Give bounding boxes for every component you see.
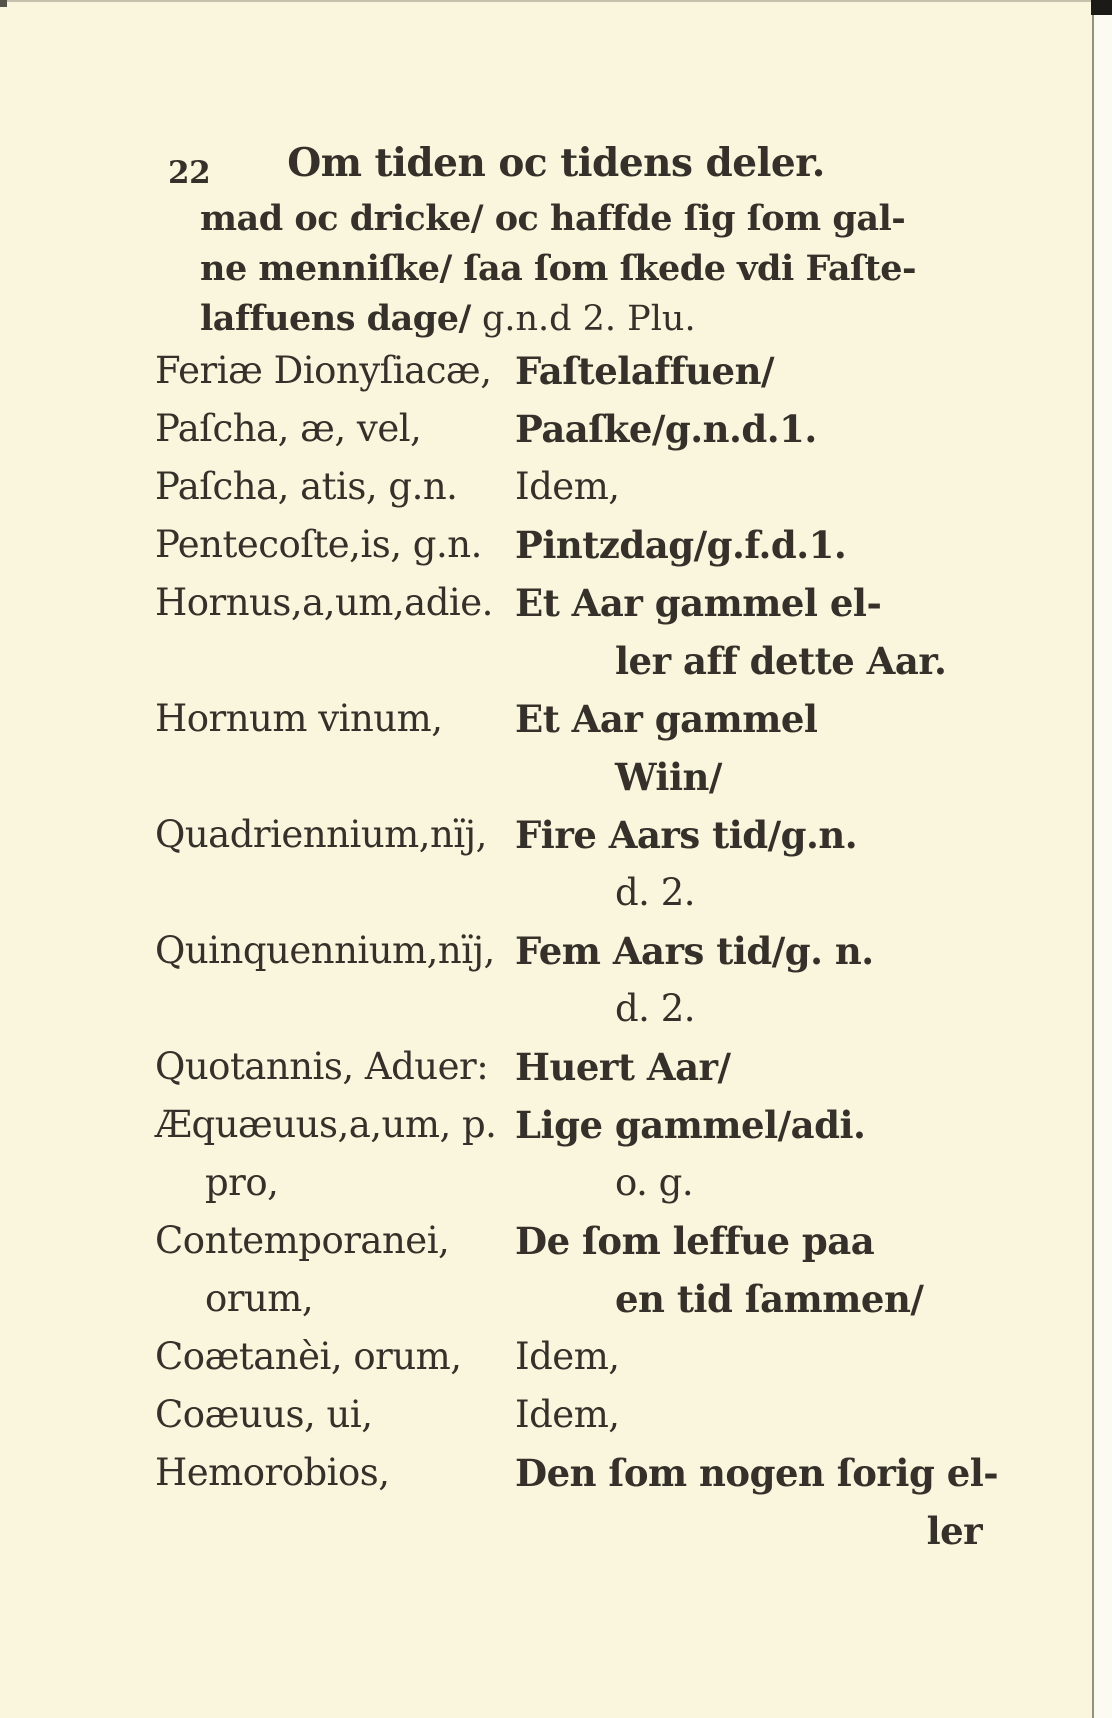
intro-line-roman-part: g.n.d 2. Plu. (471, 299, 696, 339)
dictionary-entry: Hornus,a,um,adie.Et Aar gammel el-ler af… (155, 574, 975, 690)
latin-term-line: Paſcha, æ, vel, (155, 400, 515, 458)
latin-term-line: Hemorobios, (155, 1444, 515, 1502)
danish-translation-line: De ſom leffue paa (515, 1212, 975, 1270)
intro-line-fraktur-part: laffuens dage/ (200, 298, 471, 339)
dictionary-entries: Feriæ Dionyſiacæ,Faſtelaffuen/Paſcha, æ,… (155, 342, 975, 1560)
danish-translation: Pintzdag/g.f.d.1. (515, 516, 975, 574)
latin-term-line: Quotannis, Aduer: (155, 1038, 515, 1096)
dictionary-entry: Quotannis, Aduer:Huert Aar/ (155, 1038, 975, 1096)
latin-term: Quotannis, Aduer: (155, 1038, 515, 1096)
dictionary-entry: Hemorobios,Den ſom nogen ſorig el-ler (155, 1444, 975, 1560)
dictionary-entry: Paſcha, æ, vel,Paaſke/g.n.d.1. (155, 400, 975, 458)
dictionary-entry: Coætanèi, orum,Idem, (155, 1328, 975, 1386)
dictionary-entry: Hornum vinum,Et Aar gammelWiin/ (155, 690, 975, 806)
danish-translation-line: Pintzdag/g.f.d.1. (515, 516, 975, 574)
latin-term: Hornum vinum, (155, 690, 515, 748)
danish-translation: Faſtelaffuen/ (515, 342, 975, 400)
danish-translation-line: ler aff dette Aar. (515, 632, 975, 690)
danish-translation-line: Fem Aars tid/g. n. (515, 922, 975, 980)
page-right-edge (1092, 0, 1112, 1718)
intro-line: laffuens dage/ g.n.d 2. Plu. (200, 294, 1000, 344)
danish-translation-line: Et Aar gammel el- (515, 574, 975, 632)
latin-term: Contemporanei,orum, (155, 1212, 515, 1328)
danish-translation: Et Aar gammel el-ler aff dette Aar. (515, 574, 975, 690)
danish-translation-line: Idem, (515, 1386, 975, 1444)
dictionary-entry: Quinquennium,nïj,Fem Aars tid/g. n.d. 2. (155, 922, 975, 1038)
danish-translation-line: o. g. (515, 1154, 975, 1212)
intro-paragraph: mad oc dricke/ oc haffde ſig ſom gal- ne… (200, 194, 1000, 344)
danish-translation: Paaſke/g.n.d.1. (515, 400, 975, 458)
dictionary-entry: Contemporanei,orum,De ſom leffue paaen t… (155, 1212, 975, 1328)
latin-term-line: Coæuus, ui, (155, 1386, 515, 1444)
scan-top-edge-artifact (0, 0, 1112, 2)
danish-translation: Fire Aars tid/g.n.d. 2. (515, 806, 975, 922)
intro-line: mad oc dricke/ oc haffde ſig ſom gal- (200, 194, 1000, 244)
danish-translation: Idem, (515, 1328, 975, 1386)
intro-line: ne menniſke/ ſaa ſom ſkede vdi Faſte- (200, 244, 1000, 294)
danish-translation-line: Faſtelaffuen/ (515, 342, 975, 400)
danish-translation: De ſom leffue paaen tid ſammen/ (515, 1212, 975, 1328)
latin-term: Coætanèi, orum, (155, 1328, 515, 1386)
danish-translation: Fem Aars tid/g. n.d. 2. (515, 922, 975, 1038)
danish-translation-line: d. 2. (515, 864, 975, 922)
latin-term: Feriæ Dionyſiacæ, (155, 342, 515, 400)
running-header: Om tiden oc tidens deler. (0, 138, 1112, 188)
latin-term: Quinquennium,nïj, (155, 922, 515, 980)
danish-translation-line: Idem, (515, 458, 975, 516)
danish-translation: Lige gammel/adi.o. g. (515, 1096, 975, 1212)
danish-translation: Idem, (515, 1386, 975, 1444)
danish-translation-line: Wiin/ (515, 748, 975, 806)
latin-term-line: Hornus,a,um,adie. (155, 574, 515, 632)
latin-term-line: Contemporanei, (155, 1212, 515, 1270)
latin-term-line: Æquæuus,a,um, p. (155, 1096, 515, 1154)
dictionary-entry: Æquæuus,a,um, p.pro,Lige gammel/adi.o. g… (155, 1096, 975, 1212)
latin-term-line: Quinquennium,nïj, (155, 922, 515, 980)
latin-term-line: Coætanèi, orum, (155, 1328, 515, 1386)
latin-term-line: Paſcha, atis, g.n. (155, 458, 515, 516)
latin-term: Æquæuus,a,um, p.pro, (155, 1096, 515, 1212)
dictionary-entry: Feriæ Dionyſiacæ,Faſtelaffuen/ (155, 342, 975, 400)
scan-corner-mark (1091, 0, 1112, 15)
latin-term-line: Feriæ Dionyſiacæ, (155, 342, 515, 400)
latin-term: Quadriennium,nïj, (155, 806, 515, 864)
danish-translation-line: Lige gammel/adi. (515, 1096, 975, 1154)
danish-translation-line: Paaſke/g.n.d.1. (515, 400, 975, 458)
dictionary-entry: Quadriennium,nïj,Fire Aars tid/g.n.d. 2. (155, 806, 975, 922)
scan-top-left-mark (0, 0, 7, 7)
danish-translation: Et Aar gammelWiin/ (515, 690, 975, 806)
latin-term-line: Pentecoſte,is, g.n. (155, 516, 515, 574)
latin-term-line: orum, (155, 1270, 515, 1328)
danish-translation: Den ſom nogen ſorig el-ler (515, 1444, 998, 1560)
latin-term-line: Quadriennium,nïj, (155, 806, 515, 864)
danish-translation-line: Den ſom nogen ſorig el- (515, 1444, 998, 1502)
danish-translation: Huert Aar/ (515, 1038, 975, 1096)
scanned-book-page: 22 Om tiden oc tidens deler. mad oc dric… (0, 0, 1112, 1718)
latin-term: Hornus,a,um,adie. (155, 574, 515, 632)
danish-translation-line: Fire Aars tid/g.n. (515, 806, 975, 864)
latin-term-line: pro, (155, 1154, 515, 1212)
danish-translation-line: Idem, (515, 1328, 975, 1386)
dictionary-entry: Pentecoſte,is, g.n.Pintzdag/g.f.d.1. (155, 516, 975, 574)
danish-translation-line: Et Aar gammel (515, 690, 975, 748)
dictionary-entry: Paſcha, atis, g.n.Idem, (155, 458, 975, 516)
latin-term-line: Hornum vinum, (155, 690, 515, 748)
latin-term: Paſcha, æ, vel, (155, 400, 515, 458)
danish-translation-line: ler (515, 1502, 998, 1560)
dictionary-entry: Coæuus, ui,Idem, (155, 1386, 975, 1444)
danish-translation-line: Huert Aar/ (515, 1038, 975, 1096)
latin-term: Pentecoſte,is, g.n. (155, 516, 515, 574)
latin-term: Paſcha, atis, g.n. (155, 458, 515, 516)
latin-term: Coæuus, ui, (155, 1386, 515, 1444)
latin-term: Hemorobios, (155, 1444, 515, 1502)
danish-translation: Idem, (515, 458, 975, 516)
danish-translation-line: en tid ſammen/ (515, 1270, 975, 1328)
danish-translation-line: d. 2. (515, 980, 975, 1038)
